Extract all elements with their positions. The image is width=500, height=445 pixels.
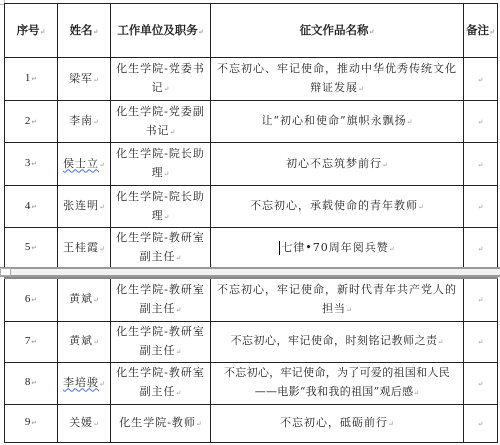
essay-table-page-1: 序号↵ 姓名↵ 工作单位及职务↵ 征文作品名称↵ 备注↵ 1↵ 梁军↵ 化生学院… <box>4 3 498 269</box>
table-row: 7↵ 黄斌↵ 化生学院-教研室副主任↵ 不忘初心，牢记使命，时刻铭记教师之责↵ … <box>5 321 498 362</box>
table-row: 8↵ 李培骏↵ 化生学院-教研室副主任↵ 不忘初心，牢记使命，为了可爱的祖国和人… <box>5 362 498 404</box>
cell-title[interactable]: 不忘初心，牢记使命，为了可爱的祖国和人民——电影“我和我的祖国”观后感↵ <box>211 362 464 404</box>
cell-remark[interactable]: ↵ <box>464 404 498 442</box>
cell-title[interactable]: 初心不忘筑梦前行↵ <box>211 143 464 186</box>
cell-remark[interactable]: ↵ <box>464 143 498 186</box>
page-break-separator <box>0 267 500 277</box>
header-unit: 工作单位及职务↵ <box>111 4 211 58</box>
cell-remark[interactable]: ↵ <box>464 321 498 362</box>
cell-name[interactable]: 关媛↵ <box>58 404 111 442</box>
cell-title[interactable]: 不忘初心，牢记使命，新时代青年共产党人的担当↵ <box>211 278 464 321</box>
cell-index[interactable]: 9↵ <box>5 404 58 442</box>
table-row: 1↵ 梁军↵ 化生学院-党委书记↵ 不忘初心、牢记使命，推动中华优秀传统文化辩证… <box>5 58 498 101</box>
cell-name[interactable]: 李培骏↵ <box>58 362 111 404</box>
header-name: 姓名↵ <box>58 4 111 58</box>
cell-title[interactable]: 不忘初心，承载使命的青年教师↵ <box>211 186 464 228</box>
cell-remark[interactable]: ↵ <box>464 186 498 228</box>
table-header-row: 序号↵ 姓名↵ 工作单位及职务↵ 征文作品名称↵ 备注↵ <box>5 4 498 58</box>
cell-remark[interactable]: ↵ <box>464 58 498 101</box>
cell-name[interactable]: 李南↵ <box>58 101 111 143</box>
cell-index[interactable]: 7↵ <box>5 321 58 362</box>
cell-index[interactable]: 1↵ <box>5 58 58 101</box>
cell-remark[interactable]: ↵ <box>464 228 498 269</box>
cell-name[interactable]: 张连明↵ <box>58 186 111 228</box>
cell-unit[interactable]: 化生学院-教研室副主任↵ <box>111 321 211 362</box>
cell-name[interactable]: 黄斌↵ <box>58 278 111 321</box>
cell-index[interactable]: 4↵ <box>5 186 58 228</box>
cell-index[interactable]: 8↵ <box>5 362 58 404</box>
cell-unit[interactable]: 化生学院-教研室副主任↵ <box>111 362 211 404</box>
cell-title[interactable]: 不忘初心、牢记使命，推动中华优秀传统文化辩证发展↵ <box>211 58 464 101</box>
table-row: 9↵ 关媛↵ 化生学院-教师↵ 不忘初心，砥砺前行↵ ↵ <box>5 404 498 442</box>
cell-remark[interactable]: ↵ <box>464 101 498 143</box>
cell-name[interactable]: 梁军↵ <box>58 58 111 101</box>
cell-index[interactable]: 6↵ <box>5 278 58 321</box>
table-row: 3↵ 侯士立↵ 化生学院-院长助理↵ 初心不忘筑梦前行↵ ↵ <box>5 143 498 186</box>
cell-name[interactable]: 黄斌↵ <box>58 321 111 362</box>
header-index: 序号↵ <box>5 4 58 58</box>
header-remark: 备注↵ <box>464 4 498 58</box>
essay-table-page-2: 6↵ 黄斌↵ 化生学院-教研室副主任↵ 不忘初心，牢记使命，新时代青年共产党人的… <box>4 277 498 443</box>
cell-title[interactable]: 不忘初心，牢记使命，时刻铭记教师之责↵ <box>211 321 464 362</box>
cell-unit[interactable]: 化生学院-院长助理↵ <box>111 143 211 186</box>
spellcheck-flag[interactable]: 侯士立 <box>63 157 99 170</box>
table-row: 6↵ 黄斌↵ 化生学院-教研室副主任↵ 不忘初心，牢记使命，新时代青年共产党人的… <box>5 278 498 321</box>
page-break-marker <box>0 268 11 276</box>
table-row: 4↵ 张连明↵ 化生学院-院长助理↵ 不忘初心，承载使命的青年教师↵ ↵ <box>5 186 498 228</box>
cell-unit[interactable]: 化生学院-党委副书记↵ <box>111 101 211 143</box>
cell-remark[interactable]: ↵ <box>464 362 498 404</box>
cell-unit[interactable]: 化生学院-教师↵ <box>111 404 211 442</box>
cell-index[interactable]: 3↵ <box>5 143 58 186</box>
table-row: 5↵ 王桂霞↵ 化生学院-教研室副主任↵ 七律•70周年阅兵赞↵ ↵ <box>5 228 498 269</box>
cell-title[interactable]: 不忘初心，砥砺前行↵ <box>211 404 464 442</box>
cell-name[interactable]: 王桂霞↵ <box>58 228 111 269</box>
header-title: 征文作品名称↵ <box>211 4 464 58</box>
cell-unit[interactable]: 化生学院-党委书记↵ <box>111 58 211 101</box>
cell-unit[interactable]: 化生学院-院长助理↵ <box>111 186 211 228</box>
cell-title[interactable]: 七律•70周年阅兵赞↵ <box>211 228 464 269</box>
cell-unit[interactable]: 化生学院-教研室副主任↵ <box>111 228 211 269</box>
cell-index[interactable]: 2↵ <box>5 101 58 143</box>
cell-title[interactable]: 让“初心和使命”旗帜永飘扬↵ <box>211 101 464 143</box>
cell-unit[interactable]: 化生学院-教研室副主任↵ <box>111 278 211 321</box>
cell-index[interactable]: 5↵ <box>5 228 58 269</box>
table-row: 2↵ 李南↵ 化生学院-党委副书记↵ 让“初心和使命”旗帜永飘扬↵ ↵ <box>5 101 498 143</box>
cell-remark[interactable]: ↵ <box>464 278 498 321</box>
cell-name[interactable]: 侯士立↵ <box>58 143 111 186</box>
spellcheck-flag[interactable]: 李培骏 <box>63 376 99 389</box>
